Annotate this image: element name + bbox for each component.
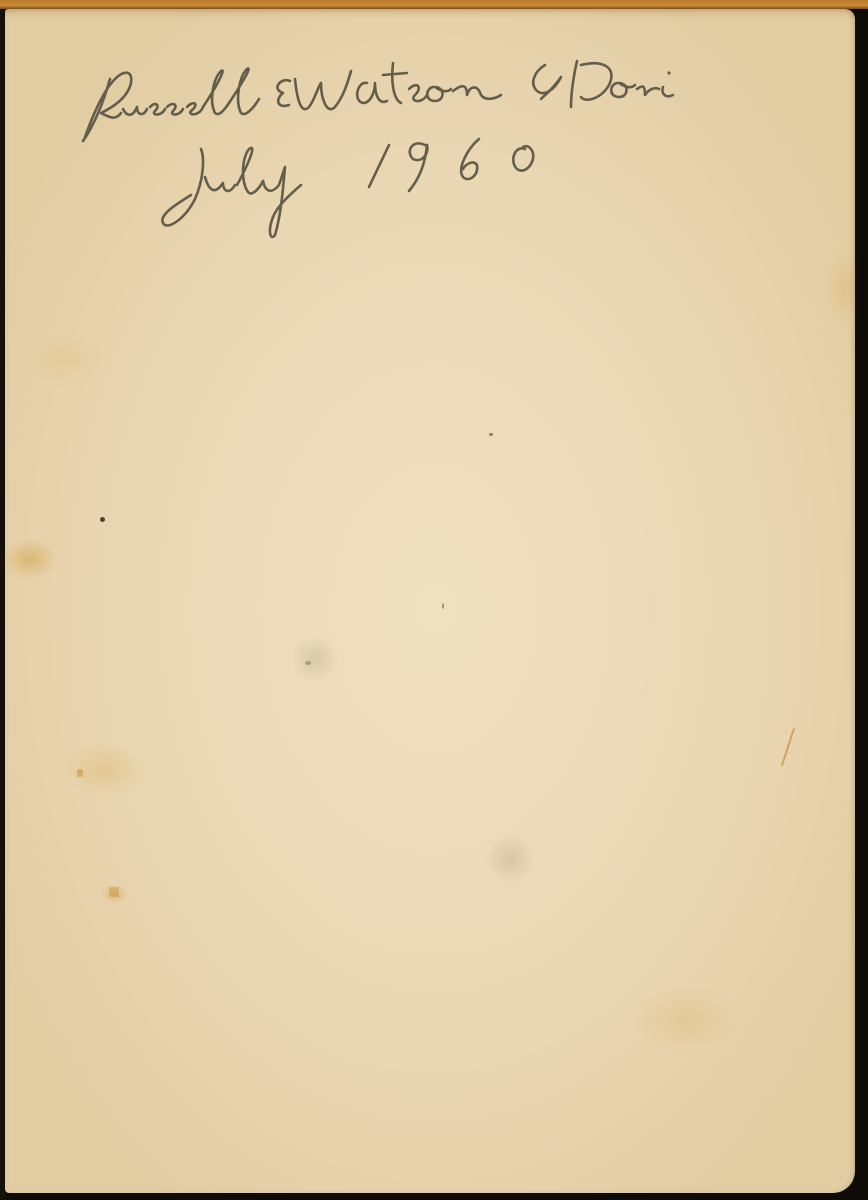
- stain-spot: [77, 769, 83, 777]
- stain-spot: [109, 887, 119, 897]
- speck-mark: [489, 433, 493, 436]
- speck-mark: [305, 661, 311, 665]
- speck-mark: [100, 517, 105, 522]
- stain-streak: [781, 728, 795, 767]
- photo-back-card: Russell Watson & Dori July 1960: [5, 9, 855, 1193]
- speck-mark: [442, 603, 444, 609]
- top-edge-strip: [0, 0, 868, 9]
- handwritten-inscription: Russell Watson & Dori July 1960: [5, 9, 855, 269]
- handwriting-strokes: [5, 9, 855, 269]
